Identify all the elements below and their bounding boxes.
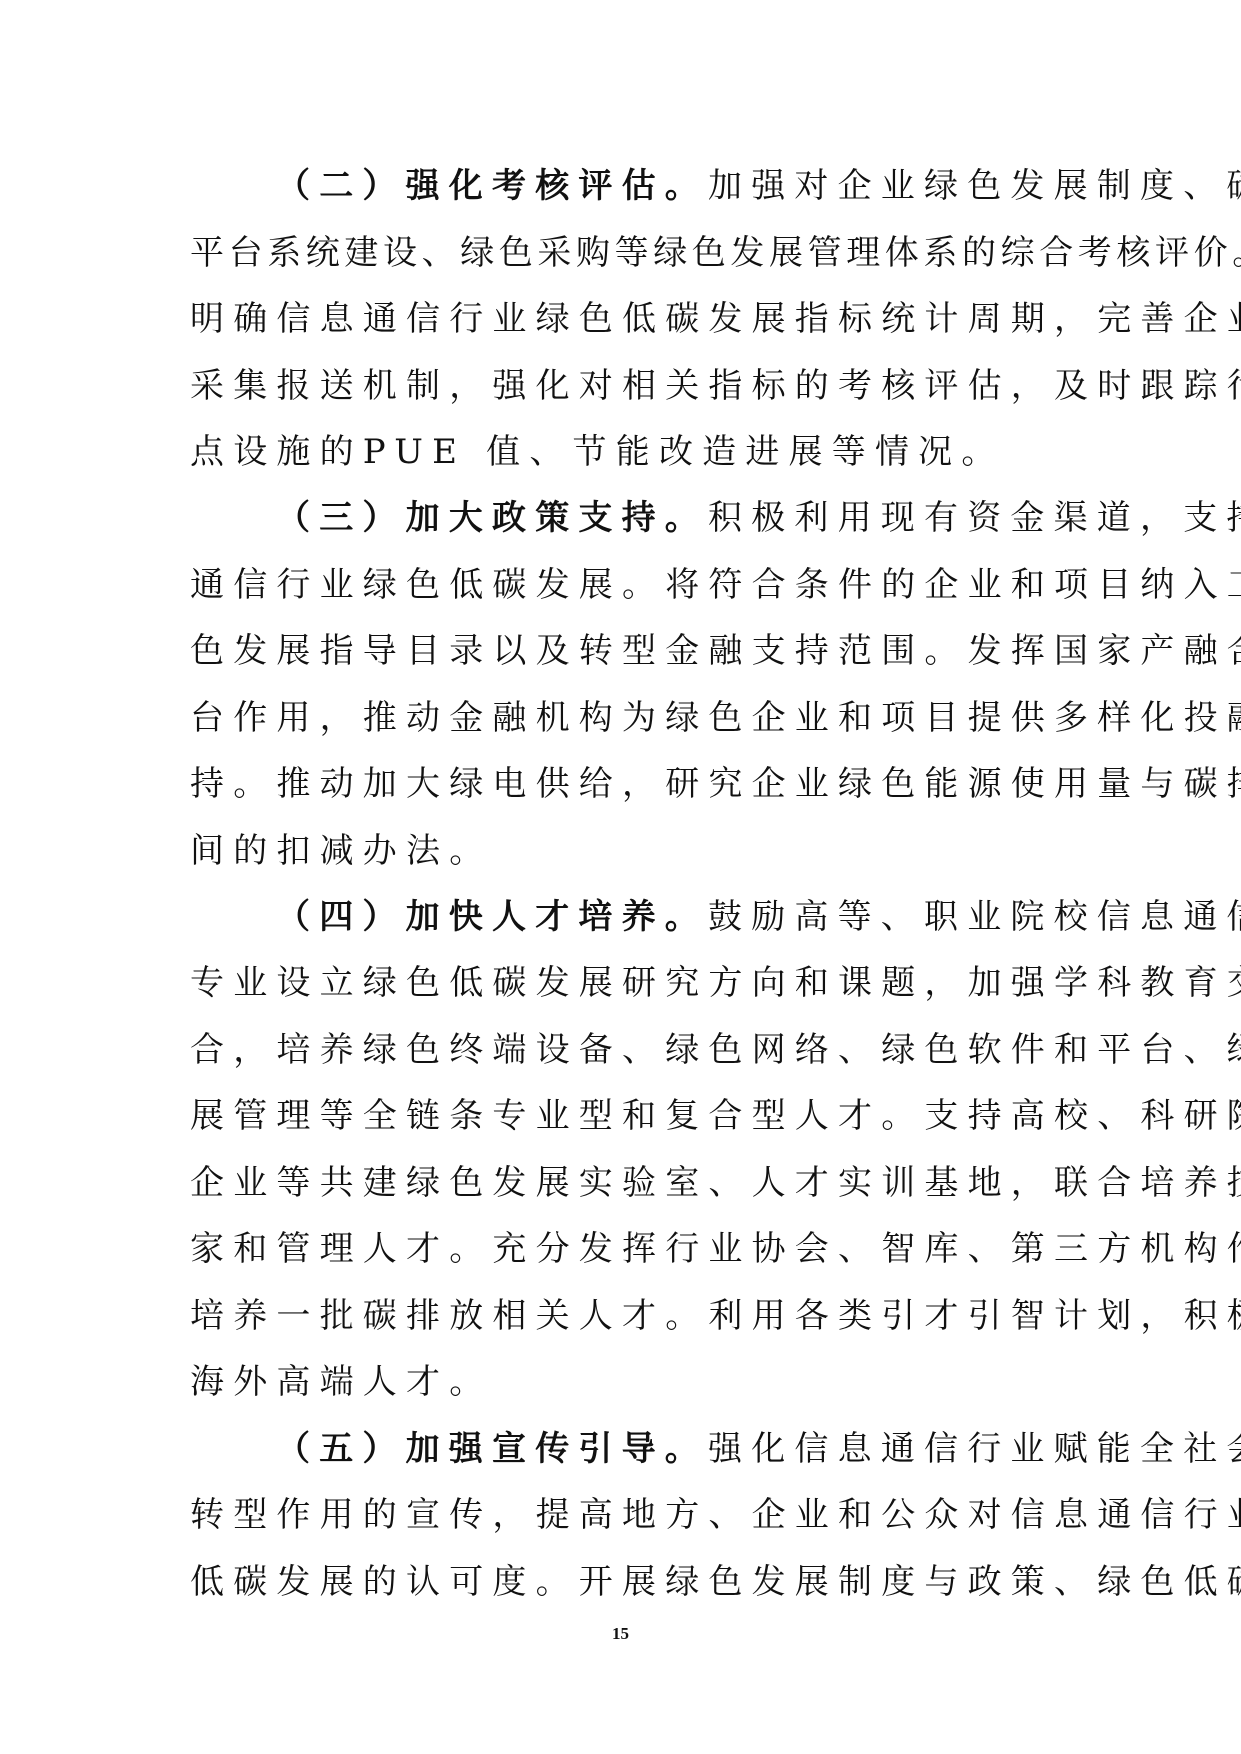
section-4-line-2: 专业设立绿色低碳发展研究方向和课题，加强学科教育交叉融 [190, 958, 1056, 1008]
section-2-line-5: 点设施的PUE 值、节能改造进展等情况。 [190, 427, 1056, 477]
page-number: 15 [0, 1624, 1241, 1644]
section-2-line-1: （二）强化考核评估。加强对企业绿色发展制度、碳管理 [276, 161, 1056, 211]
section-3-heading: （三）加大政策支持。 [276, 498, 708, 538]
section-2-text: 加强对企业绿色发展制度、碳管理 [708, 166, 1241, 206]
section-3-line-6: 间的扣减办法。 [190, 826, 1056, 876]
section-2-line-2: 平台系统建设、绿色采购等绿色发展管理体系的综合考核评价。 [190, 228, 1056, 278]
section-3-line-5: 持。推动加大绿电供给，研究企业绿色能源使用量与碳排放量 [190, 759, 1056, 809]
section-4-line-4: 展管理等全链条专业型和复合型人才。支持高校、科研院所、 [190, 1091, 1056, 1141]
section-2-heading: （二）强化考核评估。 [276, 166, 708, 206]
section-5-line-1: （五）加强宣传引导。强化信息通信行业赋能全社会绿色 [276, 1424, 1056, 1474]
section-3-line-4: 台作用，推动金融机构为绿色企业和项目提供多样化投融资支 [190, 693, 1056, 743]
section-3-line-2: 通信行业绿色低碳发展。将符合条件的企业和项目纳入工业绿 [190, 560, 1056, 610]
section-4-line-7: 培养一批碳排放相关人才。利用各类引才引智计划，积极引进 [190, 1291, 1056, 1341]
section-3-line-3: 色发展指导目录以及转型金融支持范围。发挥国家产融合作平 [190, 626, 1056, 676]
section-4-line-5: 企业等共建绿色发展实验室、人才实训基地，联合培养技术专 [190, 1158, 1056, 1208]
section-3-line-1: （三）加大政策支持。积极利用现有资金渠道，支持信息 [276, 493, 1056, 543]
section-2-line-4: 采集报送机制，强化对相关指标的考核评估，及时跟踪行业重 [190, 361, 1056, 411]
section-3-text: 积极利用现有资金渠道，支持信息 [708, 498, 1241, 538]
section-4-line-1: （四）加快人才培养。鼓励高等、职业院校信息通信相关 [276, 892, 1056, 942]
section-4-line-3: 合，培养绿色终端设备、绿色网络、绿色软件和平台、绿色发 [190, 1025, 1056, 1075]
document-page: （二）强化考核评估。加强对企业绿色发展制度、碳管理 平台系统建设、绿色采购等绿色… [0, 0, 1241, 1754]
section-5-line-2: 转型作用的宣传，提高地方、企业和公众对信息通信行业绿色 [190, 1490, 1056, 1540]
section-4-text: 鼓励高等、职业院校信息通信相关 [708, 897, 1241, 937]
section-5-heading: （五）加强宣传引导。 [276, 1429, 708, 1469]
section-4-heading: （四）加快人才培养。 [276, 897, 708, 937]
section-5-text: 强化信息通信行业赋能全社会绿色 [708, 1429, 1241, 1469]
section-4-line-6: 家和管理人才。充分发挥行业协会、智库、第三方机构作用， [190, 1224, 1056, 1274]
section-4-line-8: 海外高端人才。 [190, 1357, 1056, 1407]
section-2-line-3: 明确信息通信行业绿色低碳发展指标统计周期，完善企业数据 [190, 294, 1056, 344]
section-5-line-3: 低碳发展的认可度。开展绿色发展制度与政策、绿色低碳技术 [190, 1557, 1056, 1607]
